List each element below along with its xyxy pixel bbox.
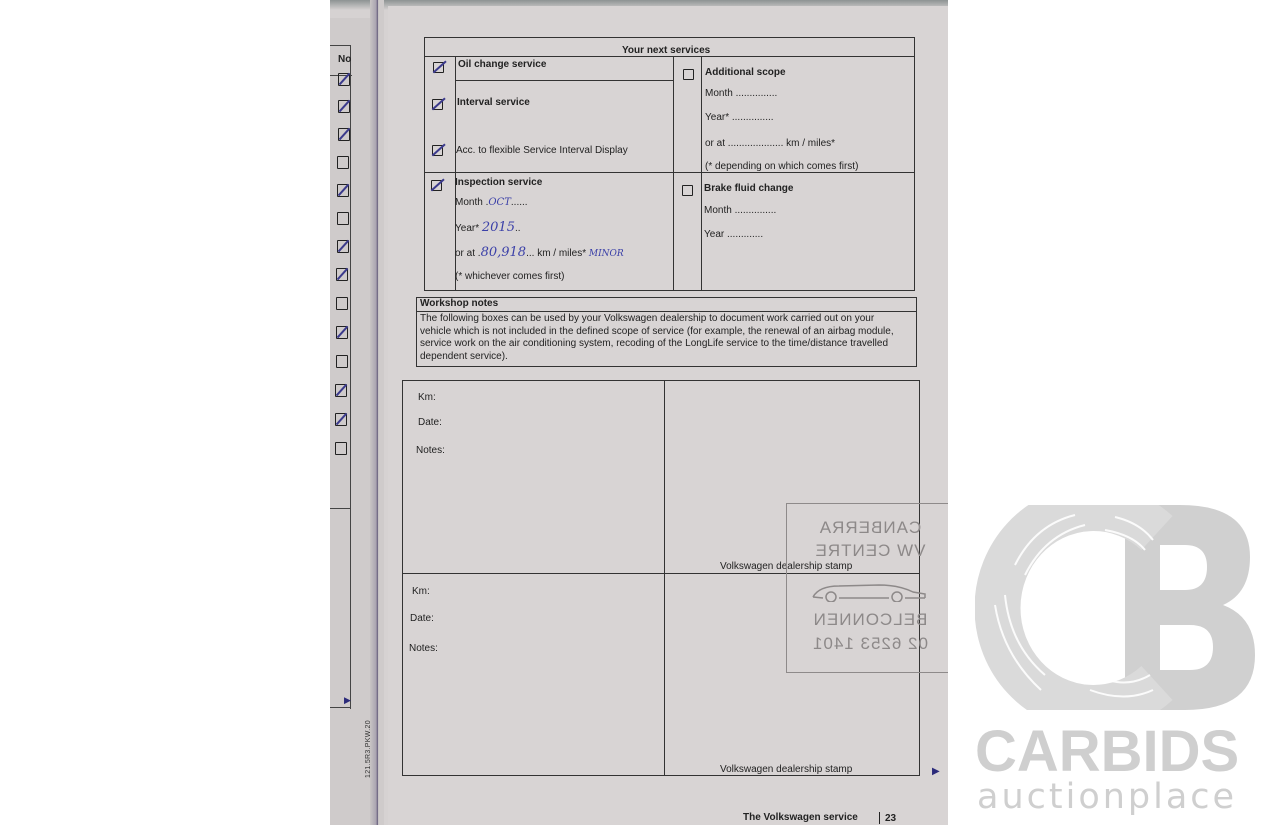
left-page-checkbox[interactable] [336, 268, 348, 281]
additional-scope-year: Year* ............... [705, 112, 774, 123]
entry-1-km[interactable]: Km: [418, 392, 436, 403]
additional-scope-label: Additional scope [705, 67, 786, 78]
workshop-notes-description: The following boxes can be used by your … [420, 313, 906, 363]
inspection-km: or at .80,918... km / miles* MINOR [455, 245, 624, 260]
workshop-notes-title: Workshop notes [420, 298, 498, 309]
entry-1-notes[interactable]: Notes: [416, 445, 445, 456]
service-page: Your next services Oil change service In… [388, 6, 948, 825]
left-page-checkbox[interactable] [336, 326, 348, 339]
left-page-checkbox[interactable] [335, 384, 347, 397]
divider [424, 172, 915, 173]
additional-scope-checkbox[interactable] [683, 69, 694, 80]
inspection-service-checkbox[interactable] [431, 180, 442, 191]
next-page-arrow-icon: ▶ [932, 766, 940, 777]
left-table-divider [330, 508, 350, 509]
entry-2-km[interactable]: Km: [412, 586, 430, 597]
handwritten-year: 2015 [482, 220, 515, 235]
left-table-border [330, 45, 351, 709]
left-page-checkbox[interactable] [335, 413, 347, 426]
carbids-logo-icon [975, 505, 1255, 710]
handwritten-month: OCT [488, 197, 511, 208]
footer-divider [879, 812, 880, 824]
divider [455, 80, 673, 81]
interval-service-label: Interval service [457, 97, 530, 108]
book-spine [370, 0, 384, 825]
page-number: 23 [885, 813, 896, 824]
left-page-checkbox[interactable] [338, 128, 350, 141]
inspection-service-label: Inspection service [455, 177, 542, 188]
handwritten-km: 80,918 [481, 245, 527, 260]
entry-1-date[interactable]: Date: [418, 417, 442, 428]
left-page-checkbox[interactable] [337, 156, 349, 169]
entry-2-notes[interactable]: Notes: [409, 643, 438, 654]
watermark-tagline: auctionplace [977, 777, 1237, 817]
left-table-bottom [330, 707, 350, 708]
column-header-no: No [338, 54, 351, 65]
left-page-checkbox[interactable] [338, 100, 350, 113]
brake-fluid-checkbox[interactable] [682, 185, 693, 196]
left-page-checkbox[interactable] [337, 184, 349, 197]
next-services-title: Your next services [622, 45, 710, 56]
watermark-brand: CARBIDS [975, 718, 1260, 785]
left-page-checkbox[interactable] [338, 73, 350, 86]
left-page-checkbox[interactable] [336, 355, 348, 368]
divider [664, 380, 665, 776]
car-icon [809, 580, 929, 602]
brake-fluid-label: Brake fluid change [704, 183, 793, 194]
entry-2-date[interactable]: Date: [410, 613, 434, 624]
interval-service-checkbox[interactable] [432, 99, 443, 110]
inspection-year: Year* 2015.. [455, 220, 521, 235]
divider [701, 56, 702, 291]
booklet-photo: No ▶ 121.5R3.PKW.20 Your next services O… [330, 0, 948, 825]
footer-section: The Volkswagen service [743, 812, 858, 823]
flexible-interval-label: Acc. to flexible Service Interval Displa… [456, 145, 628, 156]
divider [416, 311, 917, 312]
additional-scope-note: (* depending on which comes first) [705, 161, 858, 172]
handwritten-note: MINOR [589, 249, 624, 259]
document-code: 121.5R3.PKW.20 [365, 720, 372, 778]
left-page-checkbox[interactable] [336, 297, 348, 310]
additional-scope-month: Month ............... [705, 88, 777, 99]
brake-fluid-year: Year ............. [704, 229, 763, 240]
next-arrow-icon: ▶ [344, 695, 351, 706]
left-page-checkbox[interactable] [335, 442, 347, 455]
inspection-month: Month .OCT...... [455, 197, 528, 208]
inspection-note: (* whichever comes first) [455, 271, 564, 282]
divider [424, 56, 915, 57]
left-page-checkbox[interactable] [337, 240, 349, 253]
entry-2-stamp-label: Volkswagen dealership stamp [720, 764, 852, 775]
flexible-interval-checkbox[interactable] [432, 145, 443, 156]
brake-fluid-month: Month ............... [704, 205, 776, 216]
oil-change-checkbox[interactable] [433, 62, 444, 73]
oil-change-label: Oil change service [458, 59, 546, 70]
additional-scope-km: or at .................... km / miles* [705, 138, 835, 149]
divider [673, 56, 674, 291]
dealership-stamp: CANBERRA VW CENTRE BELCONNEN 02 6253 140… [786, 503, 948, 673]
left-page-checkbox[interactable] [337, 212, 349, 225]
